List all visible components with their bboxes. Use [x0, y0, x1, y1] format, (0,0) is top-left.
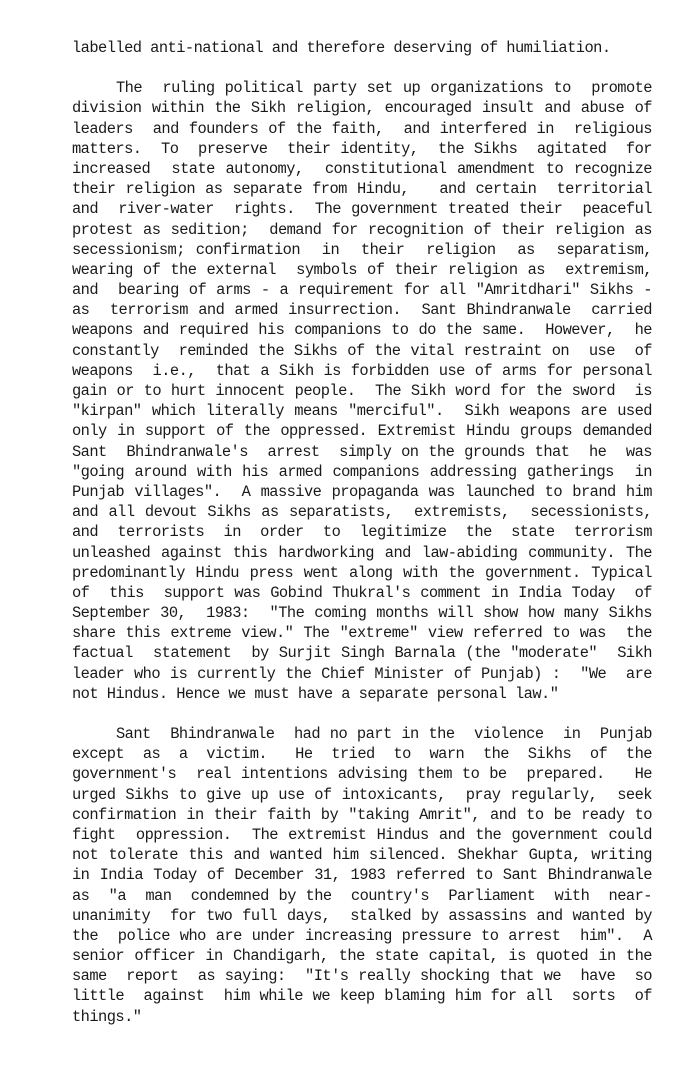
text-line: unleashed against this hardworking and l… [72, 543, 652, 563]
text-line: government's real intentions advising th… [72, 764, 652, 784]
text-line: increased state autonomy, constitutional… [72, 159, 652, 179]
text-line: "going around with his armed companions … [72, 462, 652, 482]
text-line: secessionism; confirmation in their reli… [72, 240, 652, 260]
paragraph-spacer [72, 704, 652, 724]
text-line: in India Today of December 31, 1983 refe… [72, 865, 652, 885]
text-line: only in support of the oppressed. Extrem… [72, 421, 652, 441]
paragraph-3: Sant Bhindranwale had no part in the vio… [72, 724, 652, 1027]
text-line: of this support was Gobind Thukral's com… [72, 583, 652, 603]
text-line: constantly reminded the Sikhs of the vit… [72, 341, 652, 361]
text-line: protest as sedition; demand for recognit… [72, 220, 652, 240]
text-line: predominantly Hindu press went along wit… [72, 563, 652, 583]
text-line: and bearing of arms - a requirement for … [72, 280, 652, 300]
text-line: "kirpan" which literally means "merciful… [72, 401, 652, 421]
text-line: their religion as separate from Hindu, a… [72, 179, 652, 199]
text-line: factual statement by Surjit Singh Barnal… [72, 643, 652, 663]
paragraph-spacer [72, 58, 652, 78]
text-line: the police who are under increasing pres… [72, 926, 652, 946]
text-line: labelled anti-national and therefore des… [72, 38, 652, 58]
text-line: and all devout Sikhs as separatists, ext… [72, 502, 652, 522]
text-line: not Hindus. Hence we must have a separat… [72, 684, 652, 704]
text-line: share this extreme view." The "extreme" … [72, 623, 652, 643]
document-page: labelled anti-national and therefore des… [72, 38, 652, 1027]
text-line: little against him while we keep blaming… [72, 986, 652, 1006]
text-line: division within the Sikh religion, encou… [72, 98, 652, 118]
text-line: matters. To preserve their identity, the… [72, 139, 652, 159]
text-line: not tolerate this and wanted him silence… [72, 845, 652, 865]
text-line: fight oppression. The extremist Hindus a… [72, 825, 652, 845]
text-line: leaders and founders of the faith, and i… [72, 119, 652, 139]
text-line: Punjab villages". A massive propaganda w… [72, 482, 652, 502]
text-line: as terrorism and armed insurrection. San… [72, 300, 652, 320]
text-line: senior officer in Chandigarh, the state … [72, 946, 652, 966]
text-line: confirmation in their faith by "taking A… [72, 805, 652, 825]
paragraph-1: labelled anti-national and therefore des… [72, 38, 652, 58]
paragraph-2: The ruling political party set up organi… [72, 78, 652, 704]
text-line: Sant Bhindranwale's arrest simply on the… [72, 442, 652, 462]
text-line: wearing of the external symbols of their… [72, 260, 652, 280]
text-line: and river-water rights. The government t… [72, 199, 652, 219]
text-line: and terrorists in order to legitimize th… [72, 522, 652, 542]
text-line: The ruling political party set up organi… [72, 78, 652, 98]
text-line: urged Sikhs to give up use of intoxicant… [72, 785, 652, 805]
text-line: weapons i.e., that a Sikh is forbidden u… [72, 361, 652, 381]
text-line: gain or to hurt innocent people. The Sik… [72, 381, 652, 401]
text-line: as "a man condemned by the country's Par… [72, 886, 652, 906]
text-line: unanimity for two full days, stalked by … [72, 906, 652, 926]
text-line: things." [72, 1007, 652, 1027]
text-line: Sant Bhindranwale had no part in the vio… [72, 724, 652, 744]
text-line: leader who is currently the Chief Minist… [72, 664, 652, 684]
text-line: same report as saying: "It's really shoc… [72, 966, 652, 986]
text-line: weapons and required his companions to d… [72, 320, 652, 340]
text-line: except as a victim. He tried to warn the… [72, 744, 652, 764]
text-line: September 30, 1983: "The coming months w… [72, 603, 652, 623]
